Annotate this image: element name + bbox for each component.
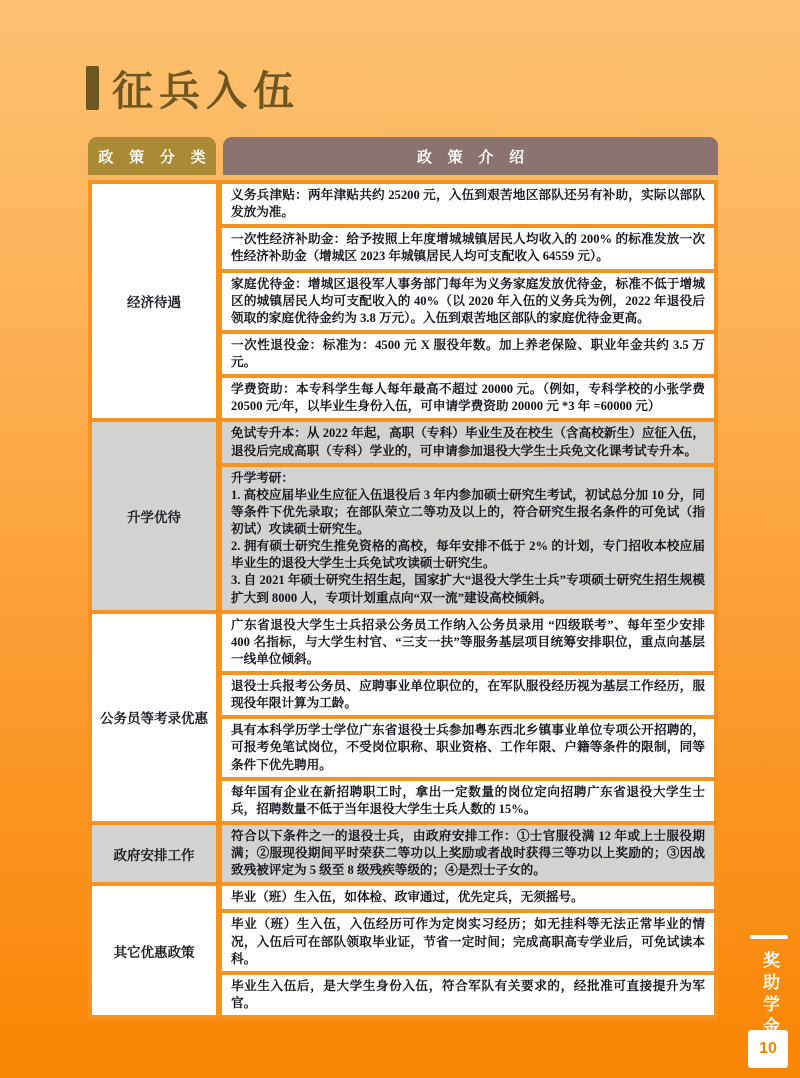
policy-row: 每年国有企业在新招聘职工时，拿出一定数量的岗位定向招聘广东省退役大学生士兵，招聘…: [222, 781, 714, 821]
policy-row: 毕业生入伍后，是大学生身份入伍，符合军队有关要求的，经批准可直接提升为军官。: [222, 975, 714, 1015]
policy-section: 政府安排工作符合以下条件之一的退役士兵，由政府安排工作：①士官服役满 12 年或…: [92, 825, 714, 882]
page-number-box: 10: [748, 1030, 788, 1068]
policy-row: 义务兵津贴：两年津贴共约 25200 元，入伍到艰苦地区部队还另有补助，实际以部…: [222, 184, 714, 224]
policy-row: 毕业（班）生入伍，入伍经历可作为定岗实习经历；如无挂科等无法正常毕业的情况，入伍…: [222, 913, 714, 970]
category-label: 政府安排工作: [92, 825, 216, 882]
table-header-row: 政 策 分 类 政 策 介 绍: [88, 137, 718, 175]
policy-section: 升学优待免试专升本：从 2022 年起，高职（专科）毕业生及在校生（含高校新生）…: [92, 422, 714, 609]
policy-row: 毕业（班）生入伍，如体检、政审通过，优先定兵，无须摇号。: [222, 886, 714, 909]
policy-row: 免试专升本：从 2022 年起，高职（专科）毕业生及在校生（含高校新生）应征入伍…: [222, 422, 714, 462]
category-label: 公务员等考录优惠: [92, 614, 216, 821]
policy-row: 学费资助：本专科学生每人每年最高不超过 20000 元。（例如，专科学校的小张学…: [222, 378, 714, 418]
page-title-block: 征兵入伍: [86, 58, 300, 117]
policy-rows: 广东省退役大学生士兵招录公务员工作纳入公务员录用 “四级联考”、每年至少安排 4…: [222, 614, 714, 821]
policy-table: 政 策 分 类 政 策 介 绍 经济待遇义务兵津贴：两年津贴共约 25200 元…: [88, 137, 718, 1019]
page-number: 10: [759, 1040, 777, 1058]
policy-row: 具有本科学历学士学位广东省退役士兵参加粤东西北乡镇事业单位专项公开招聘的，可报考…: [222, 719, 714, 776]
header-policy-category: 政 策 分 类: [88, 137, 216, 175]
sidebar-tab-label: 奖助学金: [757, 951, 782, 1039]
policy-rows: 符合以下条件之一的退役士兵，由政府安排工作：①士官服役满 12 年或上士服役期满…: [222, 825, 714, 882]
policy-row: 符合以下条件之一的退役士兵，由政府安排工作：①士官服役满 12 年或上士服役期满…: [222, 825, 714, 882]
header-policy-intro: 政 策 介 绍: [223, 137, 718, 175]
table-body: 经济待遇义务兵津贴：两年津贴共约 25200 元，入伍到艰苦地区部队还另有补助，…: [88, 180, 718, 1019]
policy-row: 家庭优待金：增城区退役军人事务部门每年为义务家庭发放优待金，标准不低于增城区的城…: [222, 273, 714, 330]
policy-section: 其它优惠政策毕业（班）生入伍，如体检、政审通过，优先定兵，无须摇号。毕业（班）生…: [92, 886, 714, 1015]
page-title: 征兵入伍: [112, 58, 300, 117]
policy-row: 退役士兵报考公务员、应聘事业单位职位的，在军队服役经历视为基层工作经历，服现役年…: [222, 675, 714, 715]
policy-row: 一次性经济补助金：给予按照上年度增城城镇居民人均收入的 200% 的标准发放一次…: [222, 228, 714, 268]
policy-row: 升学考研： 1. 高校应届毕业生应征入伍退役后 3 年内参加硕士研究生考试，初试…: [222, 467, 714, 610]
policy-section: 经济待遇义务兵津贴：两年津贴共约 25200 元，入伍到艰苦地区部队还另有补助，…: [92, 184, 714, 418]
page-background: 征兵入伍 政 策 分 类 政 策 介 绍 经济待遇义务兵津贴：两年津贴共约 25…: [0, 0, 800, 1078]
category-label: 其它优惠政策: [92, 886, 216, 1015]
policy-row: 广东省退役大学生士兵招录公务员工作纳入公务员录用 “四级联考”、每年至少安排 4…: [222, 614, 714, 671]
category-label: 经济待遇: [92, 184, 216, 418]
sidebar-divider-line: [750, 935, 788, 939]
policy-rows: 免试专升本：从 2022 年起，高职（专科）毕业生及在校生（含高校新生）应征入伍…: [222, 422, 714, 609]
policy-rows: 毕业（班）生入伍，如体检、政审通过，优先定兵，无须摇号。毕业（班）生入伍，入伍经…: [222, 886, 714, 1015]
title-accent-bar: [86, 66, 99, 110]
policy-section: 公务员等考录优惠广东省退役大学生士兵招录公务员工作纳入公务员录用 “四级联考”、…: [92, 614, 714, 821]
policy-row: 一次性退役金：标准为：4500 元 X 服役年数。加上养老保险、职业年金共约 3…: [222, 334, 714, 374]
policy-rows: 义务兵津贴：两年津贴共约 25200 元，入伍到艰苦地区部队还另有补助，实际以部…: [222, 184, 714, 418]
category-label: 升学优待: [92, 422, 216, 609]
